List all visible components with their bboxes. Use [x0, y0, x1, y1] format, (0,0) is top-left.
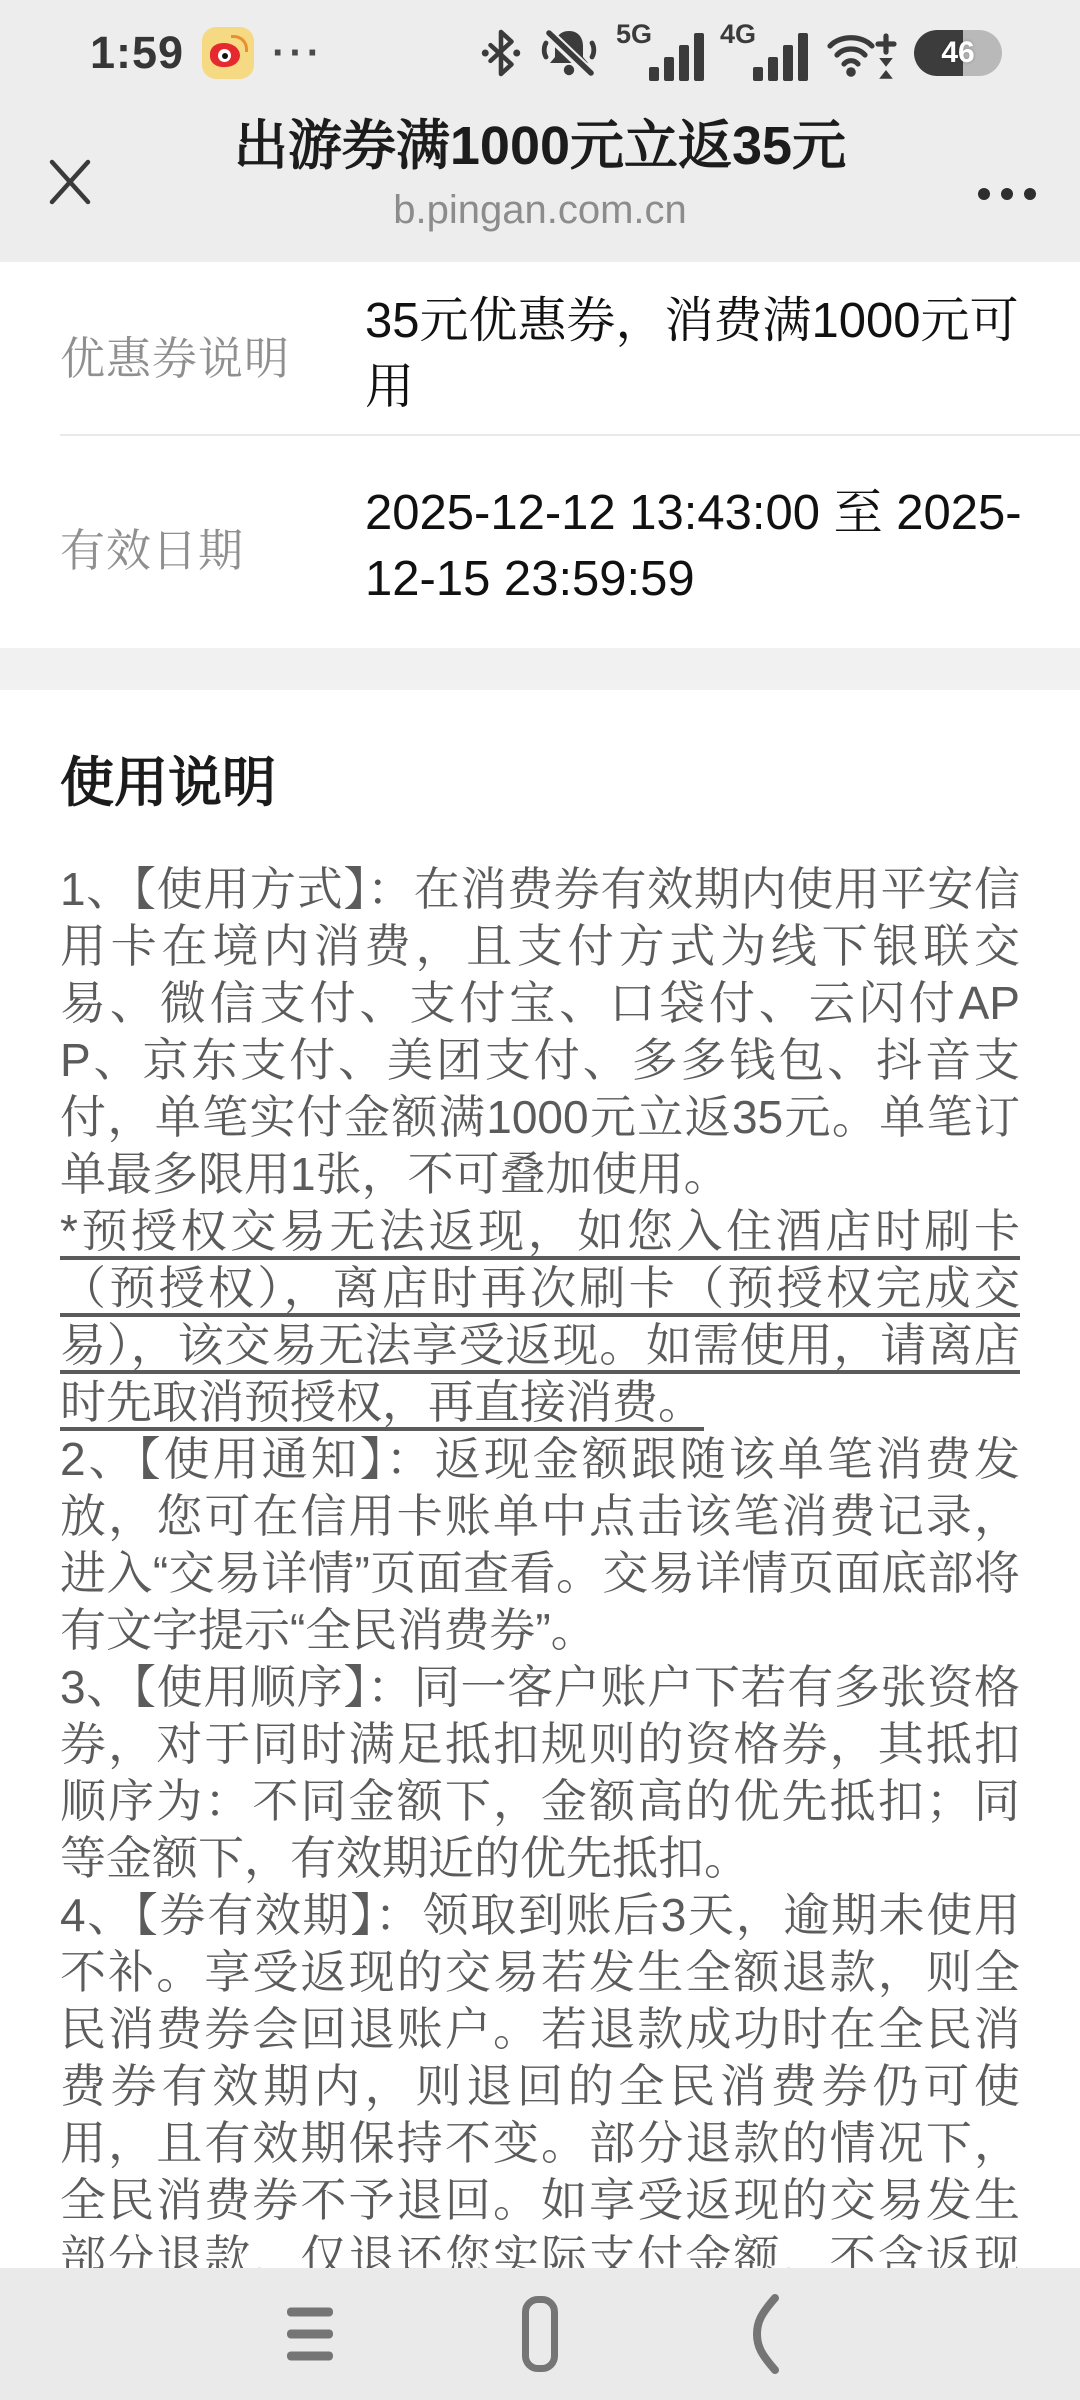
signal-5g-label: 5G [616, 19, 652, 50]
browser-header: 出游券满1000元立返35元 b.pingan.com.cn [0, 100, 1080, 262]
header-title-block: 出游券满1000元立返35元 b.pingan.com.cn [120, 108, 960, 236]
usage-paragraph-3: 2、【使用通知】：返现金额跟随该单笔消费发放，您可在信用卡账单中点击该笔消费记录… [60, 1431, 1020, 1659]
usage-paragraph-5: 4、【券有效期】：领取到账后3天，逾期未使用不补。享受返现的交易若发生全额退款，… [60, 1887, 1020, 2268]
signal-5g-icon: 5G [616, 21, 704, 85]
coupon-description-row: 优惠券说明 35元优惠券，消费满1000元可用 [0, 262, 1080, 434]
signal-4g-bars [753, 33, 808, 81]
clock: 1:59 [90, 27, 184, 79]
wifi-plus-icon [824, 24, 898, 82]
battery-percent: 46 [914, 30, 1002, 76]
phone-screen: 1:59 ··· [0, 0, 1080, 2400]
more-menu-icon[interactable] [978, 188, 1036, 200]
coupon-description-label: 优惠券说明 [60, 322, 365, 387]
signal-5g-bars [649, 33, 704, 81]
usage-instructions-section: 使用说明 1、【使用方式】：在消费券有效期内使用平安信用卡在境内消费，且支付方式… [0, 740, 1080, 2268]
valid-date-value: 2025-12-12 13:43:00 至 2025-12-15 23:59:5… [365, 480, 1022, 612]
close-icon[interactable] [44, 152, 96, 212]
back-icon[interactable] [747, 2290, 781, 2378]
valid-date-row: 有效日期 2025-12-12 13:43:00 至 2025-12-15 23… [0, 436, 1080, 632]
bluetooth-icon [480, 25, 522, 81]
status-bar-right: 5G 4G [480, 21, 1002, 85]
usage-paragraph-1: 1、【使用方式】：在消费券有效期内使用平安信用卡在境内消费，且支付方式为线下银联… [60, 861, 1020, 1203]
signal-4g-label: 4G [720, 19, 756, 50]
more-notifications-icon: ··· [272, 33, 324, 73]
usage-paragraph-2-preauth-warning: *预授权交易无法返现，如您入住酒店时刷卡（预授权），离店时再次刷卡（预授权完成交… [60, 1203, 1020, 1431]
status-bar: 1:59 ··· [0, 0, 1080, 100]
page-title: 出游券满1000元立返35元 [120, 108, 960, 184]
home-icon[interactable] [522, 2296, 558, 2372]
valid-date-label: 有效日期 [60, 514, 365, 579]
mute-vibrate-icon [538, 25, 600, 81]
weibo-notification-icon [202, 27, 254, 79]
page-url: b.pingan.com.cn [120, 184, 960, 236]
battery-icon: 46 [914, 30, 1002, 76]
usage-instructions-heading: 使用说明 [60, 740, 1020, 817]
page-scroll-area[interactable]: 优惠券说明 35元优惠券，消费满1000元可用 有效日期 2025-12-12 … [0, 262, 1080, 2268]
recents-icon[interactable] [287, 2308, 333, 2361]
section-separator [0, 648, 1080, 690]
status-bar-left: 1:59 ··· [90, 27, 324, 79]
signal-4g-icon: 4G [720, 21, 808, 85]
android-nav-bar [0, 2268, 1080, 2400]
coupon-description-value: 35元优惠券，消费满1000元可用 [365, 288, 1022, 420]
usage-paragraph-4: 3、【使用顺序】：同一客户账户下若有多张资格券，对于同时满足抵扣规则的资格券，其… [60, 1659, 1020, 1887]
